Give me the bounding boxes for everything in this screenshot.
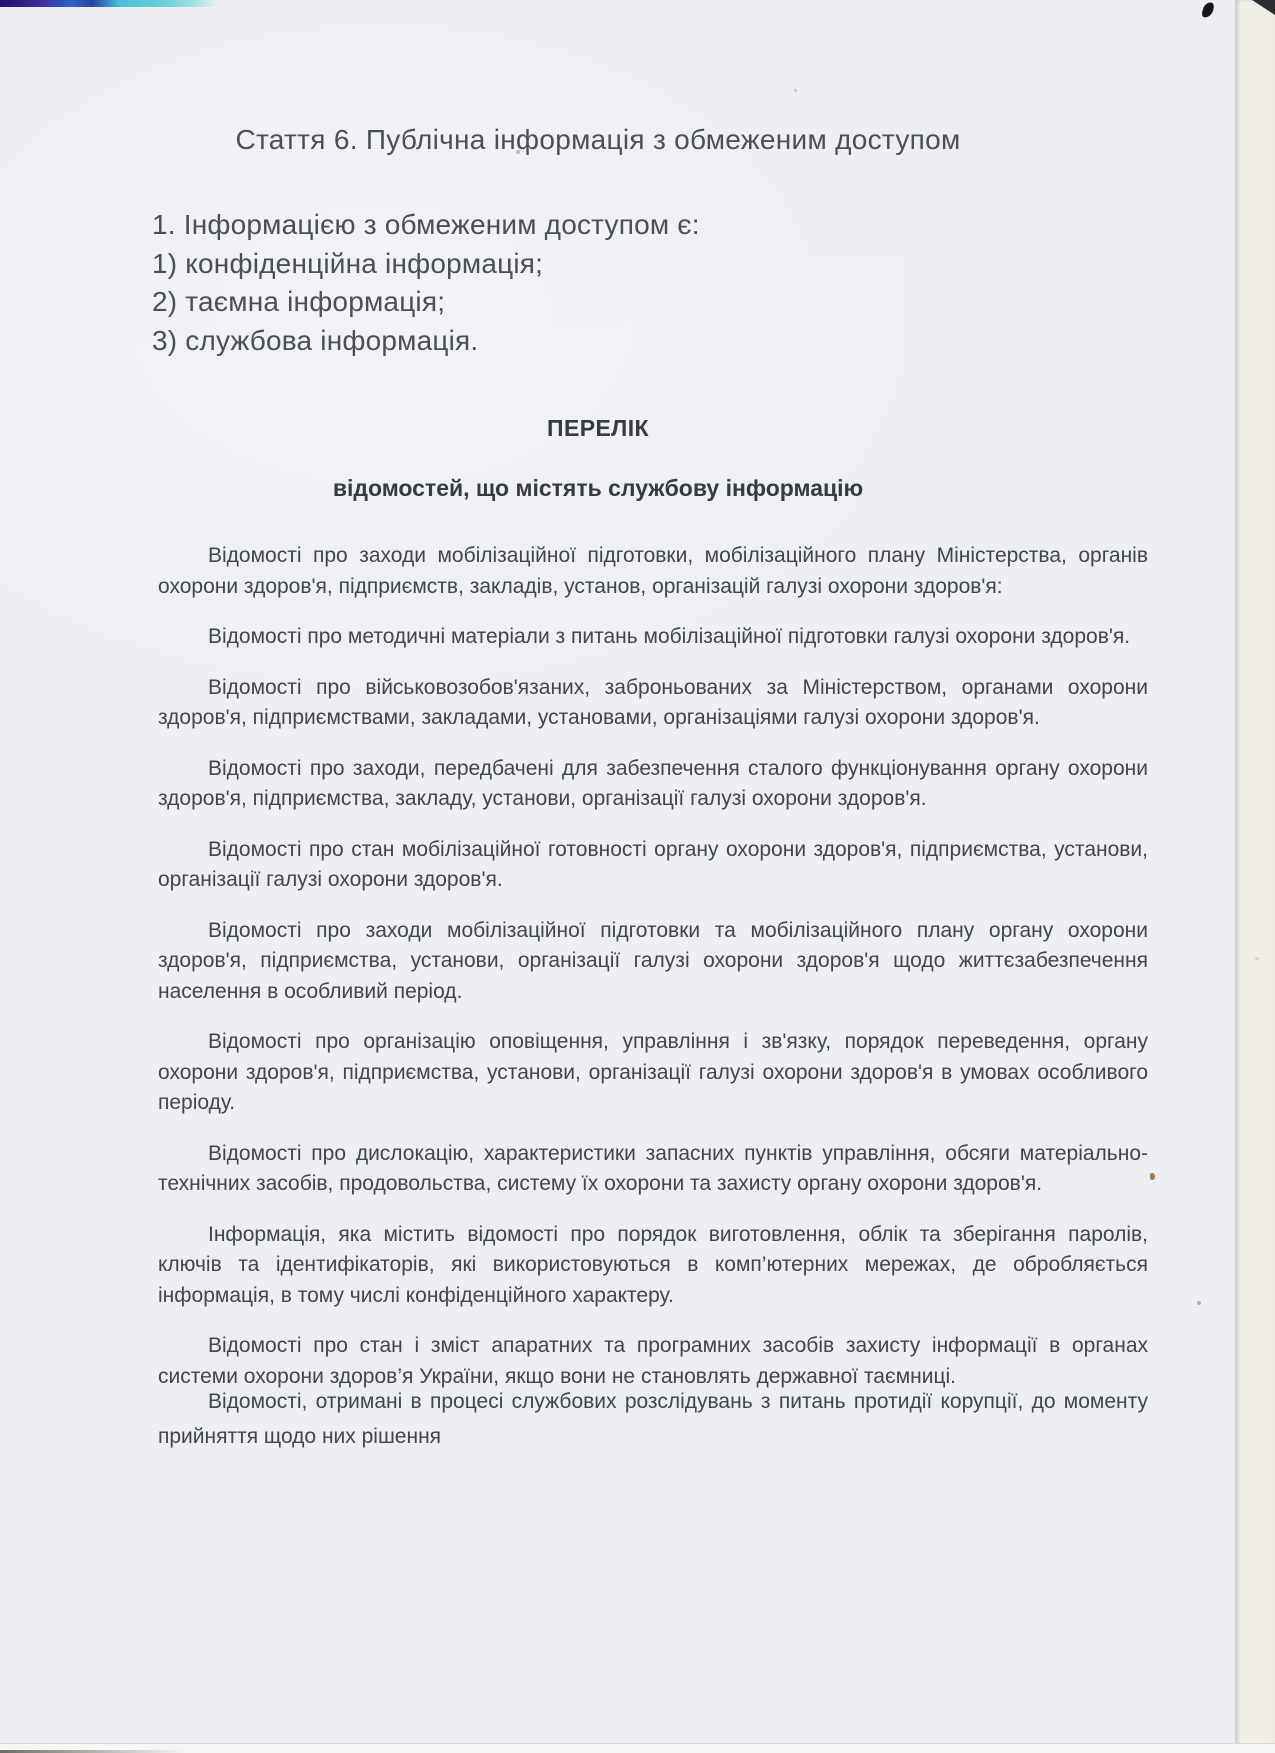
intro-list: 1. Інформацією з обмеженим доступом є: 1… <box>152 206 1052 360</box>
body-paragraph-1: Відомості про заходи мобілізаційної підг… <box>158 541 1148 602</box>
body-paragraph-10: Відомості про стан і зміст апаратних та … <box>158 1331 1148 1392</box>
paper-speck <box>794 89 797 92</box>
article-title: Стаття 6. Публічна інформація з обмежени… <box>158 124 1038 156</box>
paper-speck <box>1197 1301 1201 1305</box>
body-paragraph-7: Відомості про організацію оповіщення, уп… <box>158 1027 1148 1119</box>
body-paragraph-4: Відомості про заходи, передбачені для за… <box>158 754 1148 815</box>
body-paragraph-11: Відомості, отримані в процесі службових … <box>158 1384 1148 1454</box>
scanned-document-page: Стаття 6. Публічна інформація з обмежени… <box>0 0 1275 1753</box>
body-paragraph-8: Відомості про дислокацію, характеристики… <box>158 1139 1148 1200</box>
body-paragraph-9: Інформація, яка містить відомості про по… <box>158 1220 1148 1312</box>
document-body: Відомості про заходи мобілізаційної підг… <box>158 541 1148 1474</box>
intro-lead: 1. Інформацією з обмеженим доступом є: <box>152 206 1052 245</box>
paper-right-edge <box>1235 0 1275 1753</box>
body-paragraph-5: Відомості про стан мобілізаційної готовн… <box>158 835 1148 896</box>
list-heading: ПЕРЕЛІК <box>158 415 1038 442</box>
paper-speck <box>1150 1173 1155 1180</box>
scanner-color-streak <box>0 0 218 7</box>
ink-mark-top-right <box>1201 1 1215 19</box>
list-subheading: відомостей, що містять службову інформац… <box>158 475 1038 502</box>
body-paragraph-3: Відомості про військовозобов'язаних, заб… <box>158 673 1148 734</box>
intro-item-2: 2) таємна інформація; <box>152 283 1052 322</box>
body-paragraph-6: Відомості про заходи мобілізаційної підг… <box>158 916 1148 1008</box>
intro-item-3: 3) службова інформація. <box>152 322 1052 361</box>
intro-item-1: 1) конфіденційна інформація; <box>152 245 1052 284</box>
body-paragraph-2: Відомості про методичні матеріали з пита… <box>158 622 1148 653</box>
paper-speck <box>1255 957 1259 960</box>
scan-bottom-edge <box>0 1743 1275 1753</box>
